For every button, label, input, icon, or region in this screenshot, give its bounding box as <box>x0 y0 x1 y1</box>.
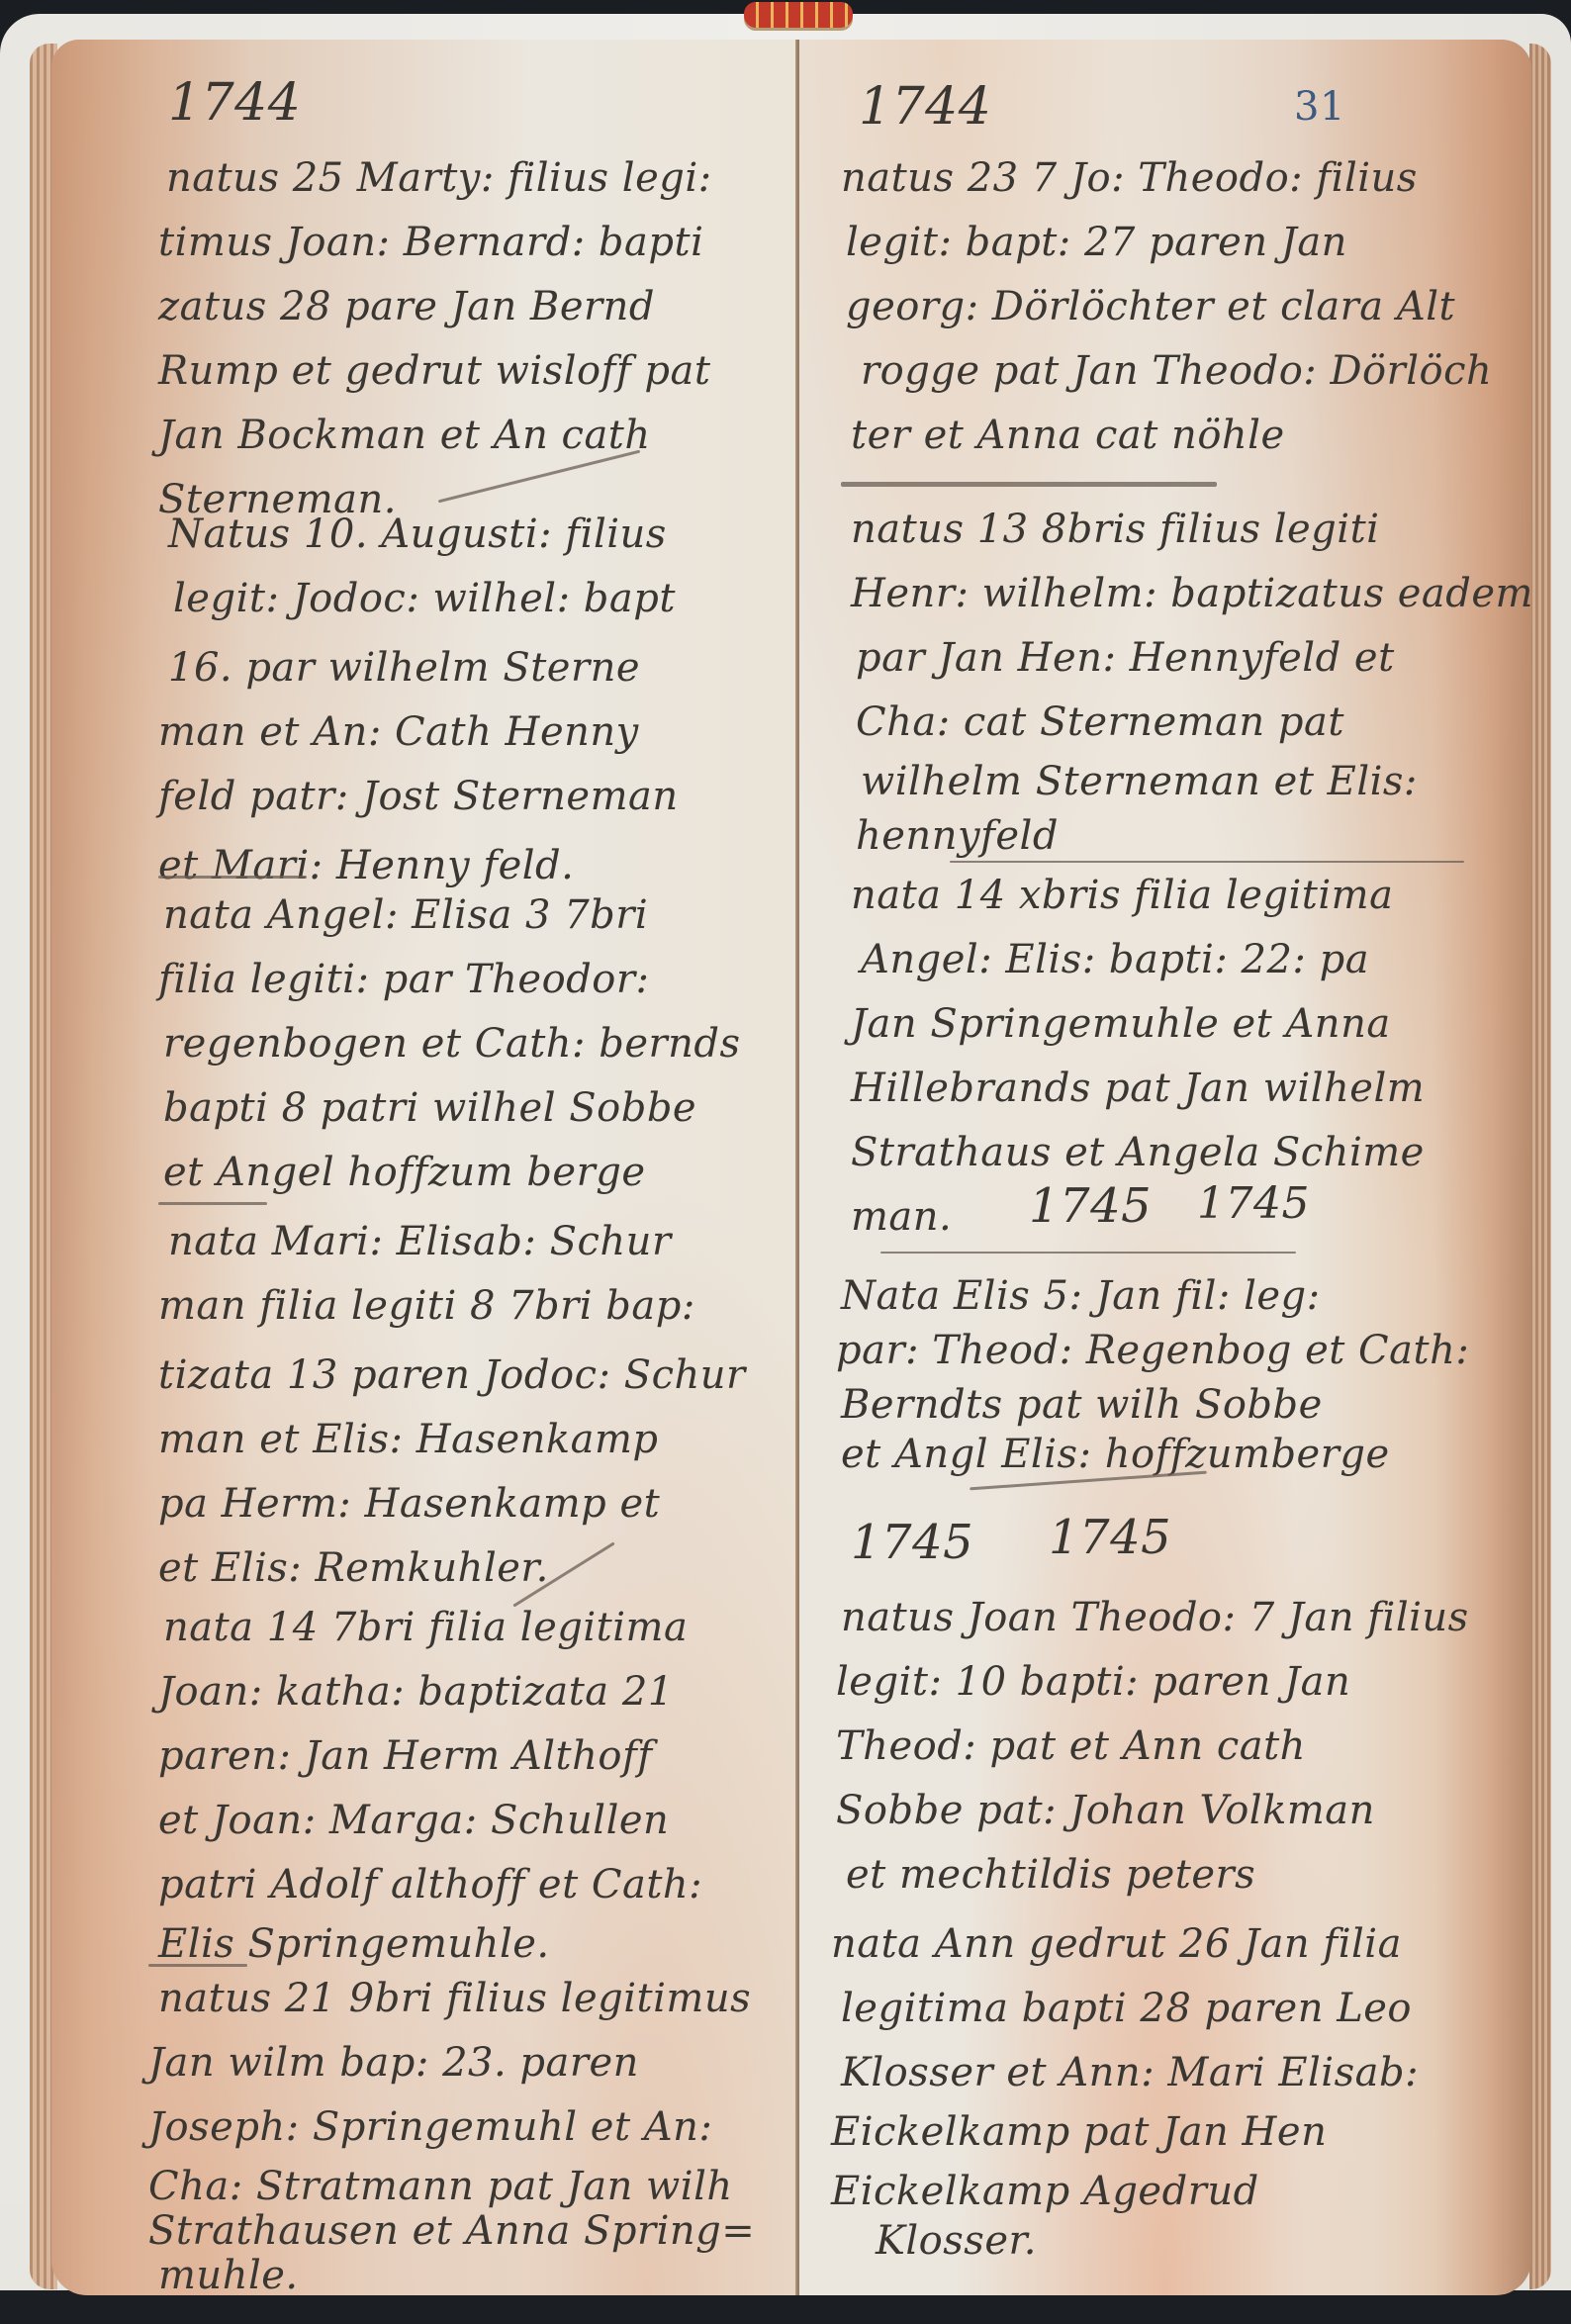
entry-line: regenbogen et Cath: bernds <box>163 1024 741 1064</box>
entry-line: feld patr: Jost Sterneman <box>158 777 679 816</box>
entry-line: hennyfeld <box>856 816 1059 856</box>
entry-divider <box>158 1202 267 1205</box>
entry-line: Jan Springemuhle et Anna <box>851 1004 1391 1044</box>
entry-line: man. <box>851 1197 952 1237</box>
entry-line: Jan Bockman et An cath <box>158 416 651 455</box>
entry-line: Henr: wilhelm: baptizatus eadem <box>851 574 1533 613</box>
entry-line: zatus 28 pare Jan Bernd <box>158 287 655 326</box>
entry-line: muhle. <box>158 2256 299 2295</box>
entry-line: wilhelm Sterneman et Elis: <box>861 762 1418 801</box>
entry-line: filia legiti: par Theodor: <box>158 960 649 999</box>
entry-line: 16. par wilhelm Sterne <box>168 648 640 688</box>
entry-line: nata Ann gedrut 26 Jan filia <box>831 1924 1402 1964</box>
entry-line: ter et Anna cat nöhle <box>851 416 1285 455</box>
entry-line: Angel: Elis: bapti: 22: pa <box>861 940 1369 979</box>
entry-line: Joan: katha: baptizata 21 <box>158 1672 674 1712</box>
right-page-year: 1744 <box>859 81 991 133</box>
entry-line: Klosser. <box>876 2221 1037 2261</box>
entry-line: par Jan Hen: Hennyfeld et <box>856 638 1395 678</box>
headband <box>744 2 853 28</box>
entry-line: Strathausen et Anna Spring= <box>148 2211 755 2251</box>
entry-line: Nata Elis 5: Jan fil: leg: <box>841 1276 1321 1316</box>
entry-line: Rump et gedrut wisloff pat <box>158 351 710 391</box>
entry-line: Eickelkamp Agedrud <box>831 2172 1259 2211</box>
entry-line: Jan wilm bap: 23. paren <box>148 2043 639 2083</box>
entry-line: Cha: Stratmann pat Jan wilh <box>148 2167 733 2206</box>
entry-line: natus 21 9bri filius legitimus <box>158 1979 751 2018</box>
entry-line: Sobbe pat: Johan Volkman <box>836 1791 1375 1830</box>
entry-line: legit: 10 bapti: paren Jan <box>836 1662 1350 1702</box>
entry-line: Hillebrands pat Jan wilhelm <box>851 1069 1425 1108</box>
entry-line: natus 13 8bris filius legiti <box>851 510 1379 549</box>
entry-divider <box>950 861 1464 863</box>
entry-line: et Angl Elis: hoffzumberge <box>841 1435 1390 1474</box>
entry-line: legit: Jodoc: wilhel: bapt <box>173 579 676 618</box>
entry-line: Cha: cat Sterneman pat <box>856 702 1344 742</box>
entry-line: et Elis: Remkuhler. <box>158 1548 549 1588</box>
entry-divider <box>158 876 307 879</box>
entry-line: nata 14 7bri filia legitima <box>163 1608 688 1647</box>
entry-line: man et An: Cath Henny <box>158 712 639 752</box>
entry-line: Natus 10. Augusti: filius <box>168 514 667 554</box>
entry-line: patri Adolf althoff et Cath: <box>158 1865 702 1905</box>
entry-divider <box>148 1964 247 1967</box>
entry-line: Strathaus et Angela Schime <box>851 1133 1425 1172</box>
entry-line: Berndts pat wilh Sobbe <box>841 1385 1323 1425</box>
year-mark: 1745 <box>851 1519 973 1566</box>
entry-line: paren: Jan Herm Althoff <box>158 1736 653 1776</box>
folio-number: 31 <box>1294 87 1345 127</box>
entry-line: Theod: pat et Ann cath <box>836 1726 1306 1766</box>
year-mark: 1745 <box>1049 1514 1171 1561</box>
page-edges-right <box>1529 44 1551 2289</box>
entry-line: natus Joan Theodo: 7 Jan filius <box>841 1598 1469 1637</box>
entry-line: et Angel hoffzum berge <box>163 1153 646 1192</box>
entry-line: natus 25 Marty: filius legi: <box>166 158 712 198</box>
entry-line: nata Mari: Elisab: Schur <box>168 1222 672 1261</box>
year-mark: 1745 <box>1029 1182 1152 1230</box>
entry-line: natus 23 7 Jo: Theodo: filius <box>841 158 1418 198</box>
entry-line: et mechtildis peters <box>846 1855 1255 1895</box>
entry-line: nata 14 xbris filia legitima <box>851 876 1393 915</box>
entry-divider <box>880 1252 1296 1254</box>
entry-line: pa Herm: Hasenkamp et <box>158 1484 660 1524</box>
entry-line: legitima bapti 28 paren Leo <box>841 1989 1412 2028</box>
entry-line: Klosser et Ann: Mari Elisab: <box>841 2053 1419 2092</box>
entry-line: georg: Dörlöchter et clara Alt <box>846 287 1455 326</box>
entry-line: nata Angel: Elisa 3 7bri <box>163 895 648 935</box>
entry-line: Eickelkamp pat Jan Hen <box>831 2112 1327 2152</box>
left-page-year: 1744 <box>168 77 301 129</box>
entry-line: et Mari: Henny feld. <box>158 846 574 885</box>
entry-line: Elis Springemuhle. <box>158 1924 550 1964</box>
entry-line: legit: bapt: 27 paren Jan <box>846 223 1347 262</box>
entry-line: man et Elis: Hasenkamp <box>158 1420 659 1459</box>
entry-line: tizata 13 paren Jodoc: Schur <box>158 1355 746 1395</box>
year-mark: 1745 <box>1197 1182 1310 1226</box>
entry-line: timus Joan: Bernard: bapti <box>158 223 703 262</box>
entry-line: bapti 8 patri wilhel Sobbe <box>163 1088 696 1128</box>
entry-line: Joseph: Springemuhl et An: <box>148 2107 712 2147</box>
entry-line: rogge pat Jan Theodo: Dörlöch <box>861 351 1492 391</box>
entry-line: man filia legiti 8 7bri bap: <box>158 1286 695 1326</box>
entry-line: par: Theod: Regenbog et Cath: <box>836 1331 1469 1370</box>
entry-divider <box>841 482 1217 487</box>
entry-line: et Joan: Marga: Schullen <box>158 1801 669 1840</box>
